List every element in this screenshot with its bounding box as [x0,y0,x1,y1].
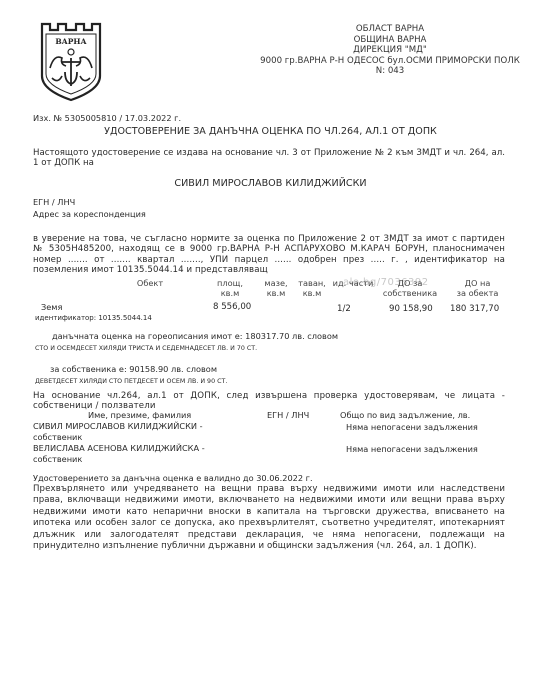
issuer-directorate: ДИРЕКЦИЯ "МД" [250,45,530,56]
reference-number: Изх. № 5305005810 / 17.03.2022 г. [33,113,181,123]
owner-assessment-words: ДЕВЕТДЕСЕТ ХИЛЯДИ СТО ПЕТДЕСЕТ И ОСЕМ ЛВ… [35,378,227,385]
owners-col-egn-header: ЕГН / ЛНЧ [267,410,309,420]
owner-name: ВЕЛИСЛАВА АСЕНОВА КИЛИДЖИЙСКА - [33,443,205,453]
varna-coat-of-arms-icon: ВАРНА [36,20,106,102]
row-object-value: 180 317,70 [450,304,499,314]
owner-name: СИВИЛ МИРОСЛАВОВ КИЛИДЖИЙСКИ - [33,421,203,431]
col-shares-header: ид. части [330,278,376,288]
issuer-region: ОБЛАСТ ВАРНА [250,24,530,35]
owners-col-debt-header: Общо по вид задължение, лв. [340,410,470,420]
address-label: Адрес за кореспонденция [33,209,146,219]
col-owner-value-header: ДО за собственика [375,278,445,298]
row-owner-value: 90 158,90 [389,304,433,314]
document-title: УДОСТОВЕРЕНИЕ ЗА ДАНЪЧНА ОЦЕНКА ПО ЧЛ.26… [0,126,541,137]
issuer-municipality: ОБЩИНА ВАРНА [250,35,530,46]
issuer-header: ОБЛАСТ ВАРНА ОБЩИНА ВАРНА ДИРЕКЦИЯ "МД" … [250,24,530,77]
svg-text:ВАРНА: ВАРНА [55,37,87,46]
verification-paragraph: На основание чл.264, ал.1 от ДОПК, след … [33,391,505,412]
issuer-address: 9000 гр.ВАРНА Р-Н ОДЕСОС бул.ОСМИ ПРИМОР… [250,56,530,67]
owner-debt: Няма непогасени задължения [346,444,478,454]
owner-role: собственик [33,454,82,464]
legal-paragraph: Прехвърлянето или учредяването на вещни … [33,484,505,552]
col-area-header: площ, кв.м [210,278,250,298]
issuer-number: N: 043 [250,66,530,77]
owner-role: собственик [33,432,82,442]
col-basement-header: мазе, кв.м [258,278,294,298]
col-object-value-header: ДО на за обекта [445,278,510,298]
property-paragraph: в уверение на това, че съгласно нормите … [33,234,505,276]
col-attic-header: таван, кв.м [294,278,330,298]
egn-label: ЕГН / ЛНЧ [33,197,75,207]
col-object-header: Обект [110,278,190,288]
owners-col-name-header: Име, презиме, фамилия [88,410,191,420]
validity-note: Удостоверението за данъчна оценка е вали… [33,473,313,483]
total-assessment-words: СТО И ОСЕМДЕСЕТ ХИЛЯДИ ТРИСТА И СЕДЕМНАД… [35,345,257,352]
row-identifier: идентификатор: 10135.5044.14 [35,314,152,322]
intro-paragraph: Настоящото удостоверение се издава на ос… [33,148,505,169]
owner-assessment: за собственика е: 90158.90 лв. словом [50,364,217,374]
total-assessment: данъчната оценка на гореописания имот е:… [52,331,338,341]
row-shares: 1/2 [337,304,351,314]
row-object: Земя [41,302,62,312]
person-name: СИВИЛ МИРОСЛАВОВ КИЛИДЖИЙСКИ [0,178,541,189]
owner-debt: Няма непогасени задължения [346,422,478,432]
row-area: 8 556,00 [213,302,251,312]
